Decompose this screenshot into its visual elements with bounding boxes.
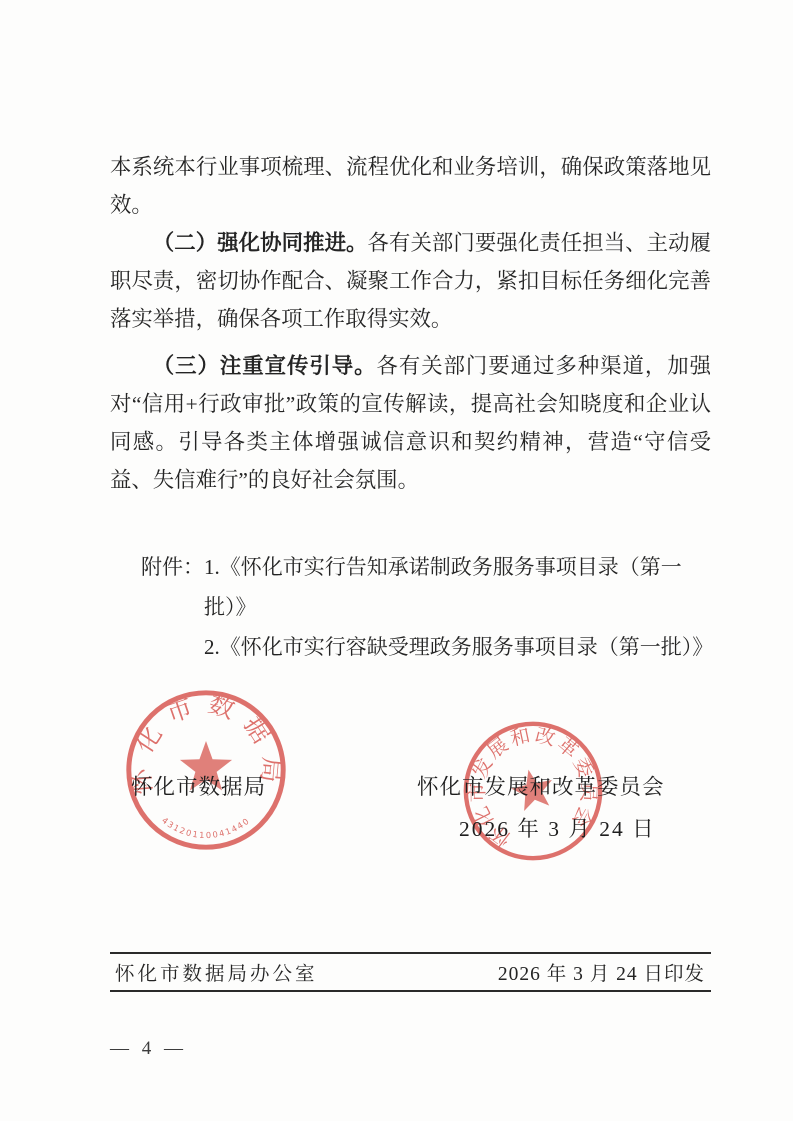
- attachments-list: 1.《怀化市实行告知承诺制政务服务事项目录（第一批）》 2.《怀化市实行容缺受理…: [204, 547, 716, 667]
- attachments-label: 附件：: [141, 547, 204, 587]
- attachment-item: 2.《怀化市实行容缺受理政务服务事项目录（第一批）》: [204, 627, 716, 667]
- attachment-item: 1.《怀化市实行告知承诺制政务服务事项目录（第一批）》: [204, 547, 716, 627]
- imprint-issuer: 怀化市数据局办公室: [115, 958, 318, 986]
- paragraph-text: 本系统本行业事项梳理、流程优化和业务培训，确保政策落地见效。: [110, 155, 711, 217]
- page-number: — 4 —: [110, 1038, 187, 1060]
- paragraph-lead: （二）强化协同推进。: [153, 231, 368, 255]
- body-text: 本系统本行业事项梳理、流程优化和业务培训，确保政策落地见效。 （二）强化协同推进…: [110, 148, 711, 499]
- imprint-footer: 怀化市数据局办公室 2026 年 3 月 24 日印发: [110, 952, 711, 992]
- svg-text:43120110041440: 43120110041440: [160, 815, 252, 840]
- paragraph-lead: （三）注重宣传引导。: [153, 354, 377, 378]
- attachments-block: 附件： 1.《怀化市实行告知承诺制政务服务事项目录（第一批）》 2.《怀化市实行…: [141, 547, 716, 667]
- document-page: 本系统本行业事项梳理、流程优化和业务培训，确保政策落地见效。 （二）强化协同推进…: [0, 0, 793, 1121]
- signature-date: 2026 年 3 月 24 日: [459, 812, 656, 843]
- signature-org-right: 怀化市发展和改革委员会: [417, 770, 665, 801]
- paragraph: 本系统本行业事项梳理、流程优化和业务培训，确保政策落地见效。: [110, 148, 711, 224]
- signature-org-left: 怀化市数据局: [131, 770, 266, 801]
- seal-code-text: 43120110041440: [160, 815, 252, 840]
- paragraph: （二）强化协同推进。各有关部门要强化责任担当、主动履职尽责，密切协作配合、凝聚工…: [110, 224, 711, 338]
- paragraph: （三）注重宣传引导。各有关部门要通过多种渠道，加强对“信用+行政审批”政策的宣传…: [110, 347, 711, 499]
- imprint-print-date: 2026 年 3 月 24 日印发: [498, 958, 705, 986]
